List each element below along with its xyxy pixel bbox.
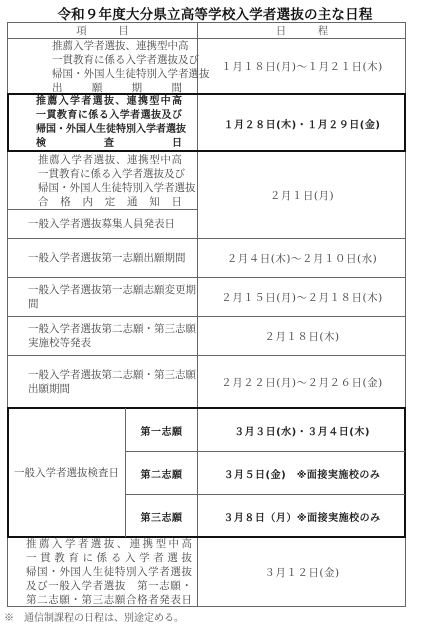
row-7-date: ２月２２日(月)～２月２６日(金) xyxy=(198,356,406,408)
item-line: 一般入学者選抜第二志願・第三志願 xyxy=(28,368,196,382)
item-line: 一貫教育に係る入学者選抜及び xyxy=(52,53,182,67)
exam-date-2: ３月５日(金) ※面接実施校のみ xyxy=(198,452,406,494)
item-line: 帰国・外国人生徒特別入学者選抜 xyxy=(36,123,182,137)
row-3b-item: 一般入学者選抜募集人員発表日 xyxy=(28,210,193,238)
row-5-item: 一般入学者選抜第一志願志願変更期間 xyxy=(28,278,196,316)
row-4-date: ２月４日(木)～２月１０日(水) xyxy=(198,239,406,277)
row-7-item: 一般入学者選抜第二志願・第三志願 出願期間 xyxy=(28,356,196,408)
final-row-date: ３月１２日(金) xyxy=(198,538,406,606)
row-4-item: 一般入学者選抜第一志願出願期間 xyxy=(28,239,193,277)
exam-choice-1: 第一志願 xyxy=(126,409,197,451)
row-1-date: １月１８日(月)～１月２１日(木) xyxy=(198,39,406,94)
item-line: 推薦入学者選抜、連携型中高 xyxy=(52,39,182,53)
item-line: 推薦入学者選抜、連携型中高 xyxy=(26,537,192,551)
final-row-item: 推薦入学者選抜、連携型中高 一貫教育に係る入学者選抜 帰国・外国人生徒特別入学者… xyxy=(26,538,192,606)
row-6-item: 一般入学者選抜第二志願・第三志願 実施校等発表 xyxy=(28,317,196,355)
row-1-item: 推薦入学者選抜、連携型中高 一貫教育に係る入学者選抜及び 帰国・外国人生徒特別入… xyxy=(52,39,182,94)
item-line: 及び一般入学者選抜 第一志願・ xyxy=(26,579,192,593)
item-line: 帰国・外国人生徒特別入学者選抜 xyxy=(26,565,192,579)
item-line: 帰国・外国人生徒特別入学者選抜 xyxy=(52,67,182,81)
exam-choice-3: 第三志願 xyxy=(126,495,197,537)
item-line: 推薦入学者選抜、連携型中高 xyxy=(36,95,182,109)
row-2-item: 推薦入学者選抜、連携型中高 一貫教育に係る入学者選抜及び 帰国・外国人生徒特別入… xyxy=(36,95,182,151)
schedule-table: 項 目 日 程 推薦入学者選抜、連携型中高 一貫教育に係る入学者選抜及び 帰国・… xyxy=(7,22,406,607)
item-line: 第二志願・第三志願合格者発表日 xyxy=(26,593,192,607)
header-date: 日 程 xyxy=(198,23,406,38)
row-2-date: １月２８日(木)・１月２９日(金) xyxy=(198,95,406,151)
item-line: 一般入学者選抜第二志願・第三志願 xyxy=(28,322,196,336)
exam-choice-2: 第二志願 xyxy=(126,452,197,494)
row-5-date: ２月１５日(月)～２月１８日(木) xyxy=(198,278,406,316)
row-6-date: ２月１８日(木) xyxy=(198,317,406,355)
item-line: 実施校等発表 xyxy=(28,336,196,350)
item-line: 推薦入学者選抜、連携型中高 xyxy=(38,153,182,167)
item-line: 検 査 日 xyxy=(36,137,182,151)
document-title: 令和９年度大分県立高等学校入学者選抜の主な日程 xyxy=(0,3,430,23)
footnote: ※ 通信制課程の日程は、別途定める。 xyxy=(4,609,184,624)
exam-section-label: 一般入学者選抜検査日 xyxy=(8,409,125,537)
item-line: 一貫教育に係る入学者選抜及び xyxy=(36,109,182,123)
exam-date-1: ３月３日(水)・３月４日(木) xyxy=(198,409,406,451)
item-line: 出願期間 xyxy=(28,382,196,396)
item-line: 合 格 内 定 通 知 日 xyxy=(38,195,182,209)
item-line: 一貫教育に係る入学者選抜及び xyxy=(38,167,182,181)
header-item: 項 目 xyxy=(8,23,197,38)
row-3-date: ２月１日(月) xyxy=(198,152,406,238)
exam-date-3: ３月８日（月）※面接実施校のみ xyxy=(198,495,406,537)
row-3-item: 推薦入学者選抜、連携型中高 一貫教育に係る入学者選抜及び 帰国・外国人生徒特別入… xyxy=(38,152,182,209)
item-line: 帰国・外国人生徒特別入学者選抜 xyxy=(38,181,182,195)
item-line: 一貫教育に係る入学者選抜 xyxy=(26,551,192,565)
